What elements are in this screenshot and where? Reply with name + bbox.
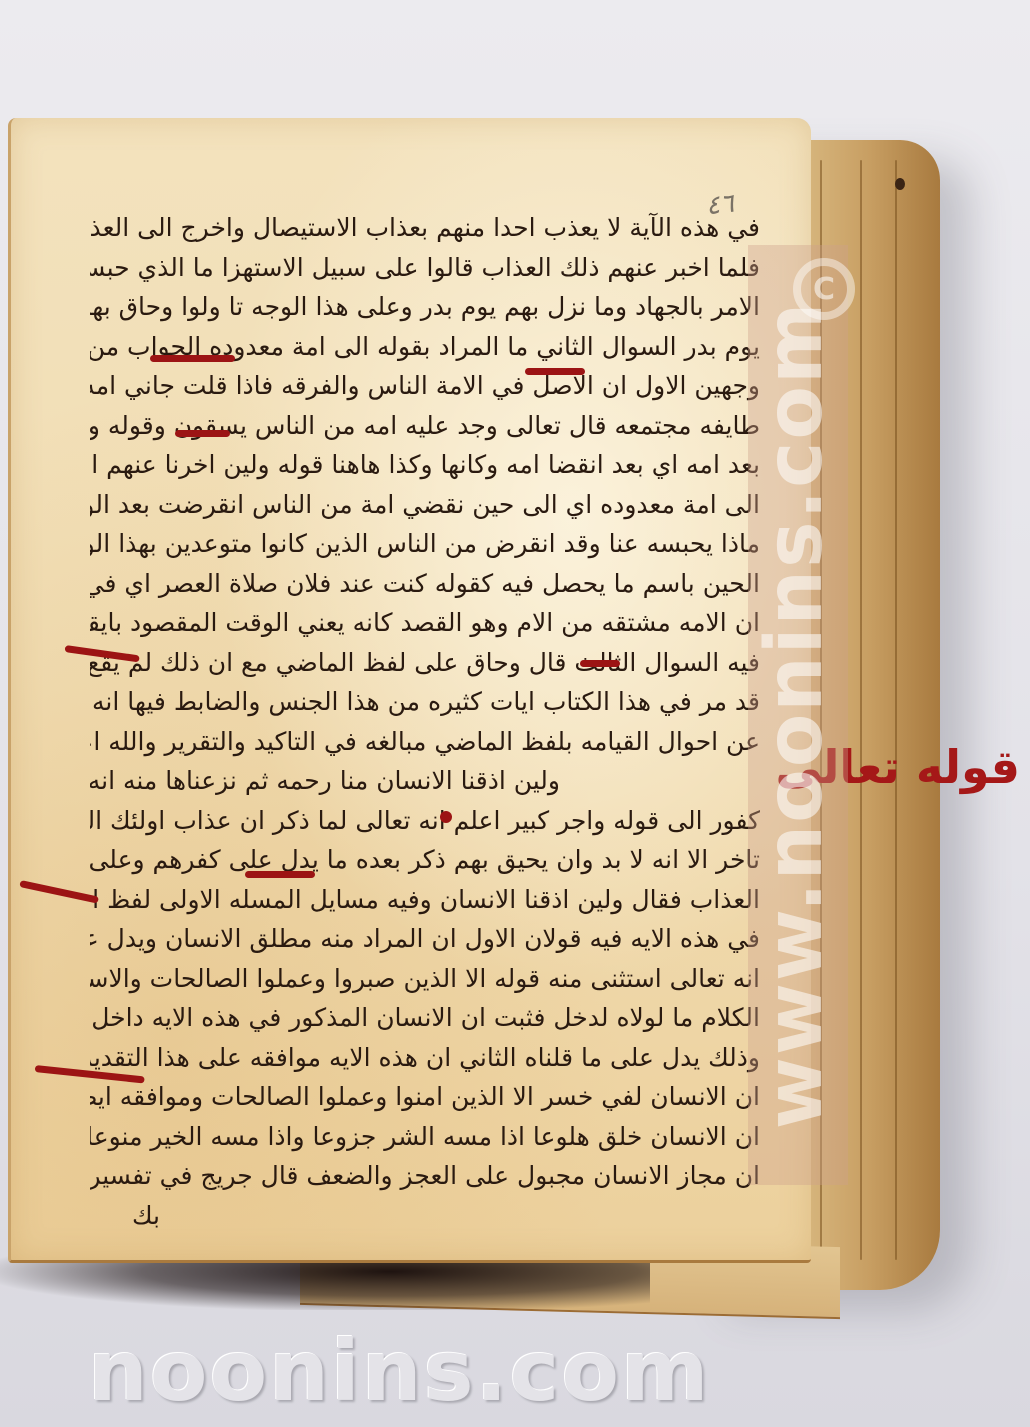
text-line: العذاب فقال ولين اذقنا الانسان وفيه مساي… bbox=[90, 880, 760, 920]
text-line: فيه السوال الثالث قال وحاق على لفظ الماض… bbox=[90, 643, 760, 683]
text-line: الحين باسم ما يحصل فيه كقوله كنت عند فلا… bbox=[90, 564, 760, 604]
text-line: بك bbox=[90, 1196, 760, 1236]
text-line: ان الانسان لفي خسر الا الذين امنوا وعملو… bbox=[90, 1077, 760, 1117]
text-line: عن احوال القيامه بلفظ الماضي مبالغه في ا… bbox=[90, 722, 760, 762]
text-line: وجهين الاول ان الاصل في الامة الناس والف… bbox=[90, 366, 760, 406]
text-line: كفور الى قوله واجر كبير اعلم انه تعالى ل… bbox=[90, 801, 760, 841]
text-line: ان الامه مشتقه من الام وهو القصد كانه يع… bbox=[90, 603, 760, 643]
text-line: الامر بالجهاد وما نزل بهم يوم بدر وعلى ه… bbox=[90, 287, 760, 327]
text-line: وذلك يدل على ما قلناه الثاني ان هذه الاي… bbox=[90, 1038, 760, 1078]
page-edge-line bbox=[860, 160, 862, 1260]
rubric-overline bbox=[525, 368, 585, 375]
rubric-overline bbox=[580, 660, 620, 667]
text-line: فلما اخبر عنهم ذلك العذاب قالوا على سبيل… bbox=[90, 248, 760, 288]
rubric-overline bbox=[245, 871, 315, 878]
book-shadow bbox=[0, 1255, 650, 1310]
text-line: طايفه مجتمعه قال تعالى وجد عليه امه من ا… bbox=[90, 406, 760, 446]
manuscript-text: في هذه الآية لا يعذب احدا منهم بعذاب الا… bbox=[90, 208, 760, 1235]
text-line: ان الانسان خلق هلوعا اذا مسه الشر جزوعا … bbox=[90, 1117, 760, 1157]
text-line: الى امة معدوده اي الى حين نقضي امة من ال… bbox=[90, 485, 760, 525]
rubric-dot bbox=[440, 811, 452, 823]
text-line: ولين اذقنا الانسان منا رحمه ثم نزعناها م… bbox=[90, 761, 760, 801]
rubric-overline bbox=[150, 355, 235, 362]
page-edge-line bbox=[895, 160, 897, 1260]
text-line: في هذه الآية لا يعذب احدا منهم بعذاب الا… bbox=[90, 208, 760, 248]
binding-thread bbox=[895, 178, 905, 190]
text-line: تاخر الا انه لا بد وان يحيق بهم ذكر بعده… bbox=[90, 840, 760, 880]
text-line: بعد امه اي بعد انقضا امه وكانها وكذا هاه… bbox=[90, 445, 760, 485]
text-line: ماذا يحبسه عنا وقد انقرض من الناس الذين … bbox=[90, 524, 760, 564]
text-line: انه تعالى استثنى منه قوله الا الذين صبرو… bbox=[90, 959, 760, 999]
text-line: في هذه الايه فيه قولان الاول ان المراد م… bbox=[90, 919, 760, 959]
bottom-watermark: noonins.com bbox=[88, 1322, 711, 1420]
text-line: ان مجاز الانسان مجبول على العجز والضعف ق… bbox=[90, 1156, 760, 1196]
text-line: الكلام ما لولاه لدخل فثبت ان الانسان الم… bbox=[90, 998, 760, 1038]
text-line: قد مر في هذا الكتاب ايات كثيره من هذا ال… bbox=[90, 682, 760, 722]
vertical-watermark: www.noonins.com bbox=[750, 301, 840, 1129]
rubric-overline bbox=[175, 430, 230, 437]
